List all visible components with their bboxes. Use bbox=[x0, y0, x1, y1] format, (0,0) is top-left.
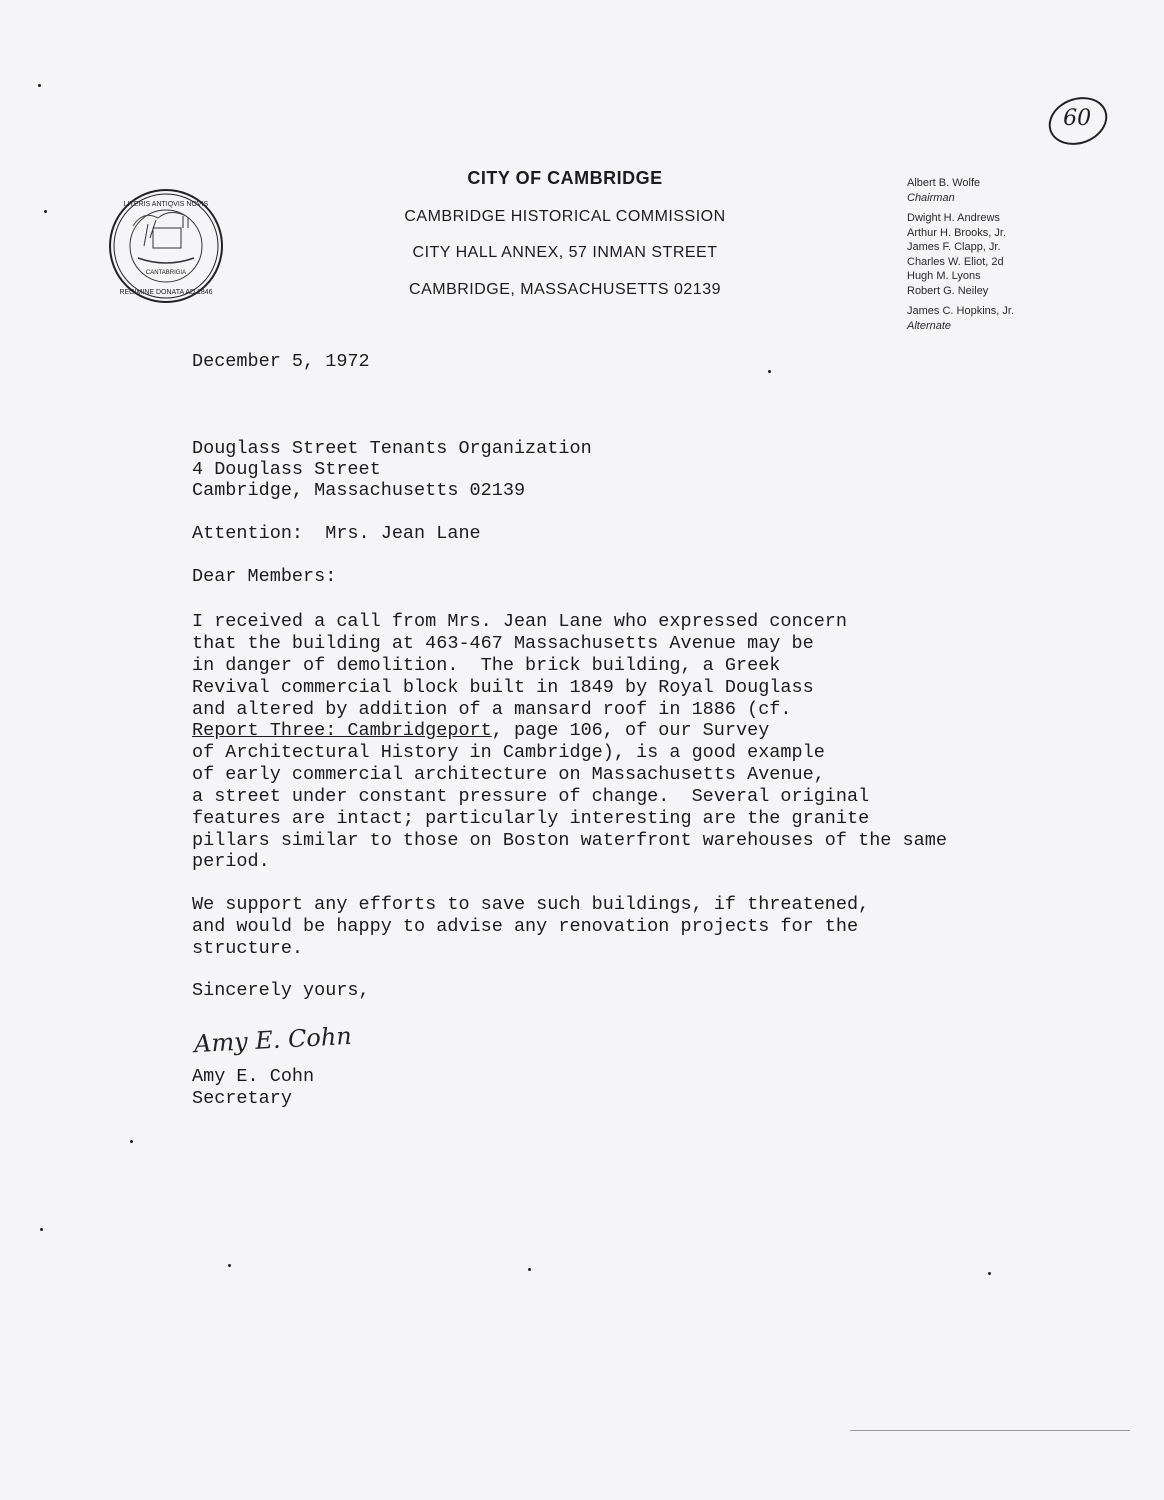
signer-name: Amy E. Cohn bbox=[192, 1066, 314, 1087]
body-line: in danger of demolition. The brick build… bbox=[192, 655, 780, 676]
letterhead-address: CITY HALL ANNEX, 57 INMAN STREET bbox=[350, 244, 780, 262]
body-line: a street under constant pressure of chan… bbox=[192, 786, 869, 807]
letter-date: December 5, 1972 bbox=[192, 351, 370, 372]
city-seal-icon: LITERIS ANTIQVIS NOVIS REGIMINE DONATA A… bbox=[98, 188, 234, 304]
member-name: Dwight H. Andrews bbox=[907, 211, 1014, 226]
body-line: features are intact; particularly intere… bbox=[192, 808, 869, 829]
body-line: structure. bbox=[192, 938, 303, 959]
closing: Sincerely yours, bbox=[192, 980, 370, 1001]
chairman-title: Chairman bbox=[907, 191, 1014, 206]
body-line: Report Three: Cambridgeport, page 106, o… bbox=[192, 720, 769, 741]
alternate-name: James C. Hopkins, Jr. bbox=[907, 304, 1014, 319]
scan-speck bbox=[988, 1272, 991, 1275]
body-line: pillars similar to those on Boston water… bbox=[192, 830, 947, 851]
scan-speck bbox=[528, 1268, 531, 1271]
body-text: , page 106, of our Survey bbox=[492, 720, 770, 741]
body-line: and altered by addition of a mansard roo… bbox=[192, 699, 792, 720]
salutation: Dear Members: bbox=[192, 566, 336, 587]
chairman-name: Albert B. Wolfe bbox=[907, 176, 1014, 191]
member-name: James F. Clapp, Jr. bbox=[907, 240, 1014, 255]
body-line: of early commercial architecture on Mass… bbox=[192, 764, 825, 785]
scan-speck bbox=[228, 1264, 231, 1267]
body-line: Revival commercial block built in 1849 b… bbox=[192, 677, 814, 698]
svg-text:LITERIS ANTIQVIS NOVIS: LITERIS ANTIQVIS NOVIS bbox=[124, 201, 209, 208]
member-name: Hugh M. Lyons bbox=[907, 269, 1014, 284]
body-line: and would be happy to advise any renovat… bbox=[192, 916, 858, 937]
letterhead-city: CITY OF CAMBRIDGE bbox=[350, 168, 780, 189]
commission-members: Albert B. Wolfe Chairman Dwight H. Andre… bbox=[907, 176, 1014, 333]
scan-speck bbox=[130, 1140, 133, 1143]
signature: Amy E. Cohn bbox=[193, 1022, 352, 1058]
page-number: 60 bbox=[1063, 106, 1091, 131]
body-line: period. bbox=[192, 851, 270, 872]
attention-line: Attention: Mrs. Jean Lane bbox=[192, 523, 481, 544]
body-line: of Architectural History in Cambridge), … bbox=[192, 742, 825, 763]
recipient-line: 4 Douglass Street bbox=[192, 459, 381, 480]
page-number-circle: 60 bbox=[1042, 89, 1114, 153]
alternate-title: Alternate bbox=[907, 319, 1014, 334]
svg-text:REGIMINE DONATA AD 1846: REGIMINE DONATA AD 1846 bbox=[119, 289, 212, 296]
svg-text:CANTABRIGIA: CANTABRIGIA bbox=[146, 270, 186, 276]
body-line: I received a call from Mrs. Jean Lane wh… bbox=[192, 611, 847, 632]
scan-speck bbox=[768, 370, 771, 373]
report-title: Report Three: Cambridgeport bbox=[192, 720, 492, 741]
body-line: that the building at 463-467 Massachuset… bbox=[192, 633, 814, 654]
member-name: Robert G. Neiley bbox=[907, 284, 1014, 299]
footer-rule bbox=[850, 1430, 1130, 1431]
recipient-line: Cambridge, Massachusetts 02139 bbox=[192, 480, 525, 501]
body-line: We support any efforts to save such buil… bbox=[192, 894, 869, 915]
member-name: Arthur H. Brooks, Jr. bbox=[907, 226, 1014, 241]
letter-page: 60 LITERIS ANTIQVIS NOVIS REGIMINE DONAT… bbox=[0, 0, 1164, 1500]
member-name: Charles W. Eliot, 2d bbox=[907, 255, 1014, 270]
recipient-line: Douglass Street Tenants Organization bbox=[192, 438, 592, 459]
letterhead-city-state-zip: CAMBRIDGE, MASSACHUSETTS 02139 bbox=[350, 281, 780, 299]
letterhead-commission: CAMBRIDGE HISTORICAL COMMISSION bbox=[350, 208, 780, 226]
scan-speck bbox=[38, 84, 41, 87]
signer-title: Secretary bbox=[192, 1088, 292, 1109]
scan-speck bbox=[40, 1228, 43, 1231]
scan-speck bbox=[44, 210, 47, 213]
